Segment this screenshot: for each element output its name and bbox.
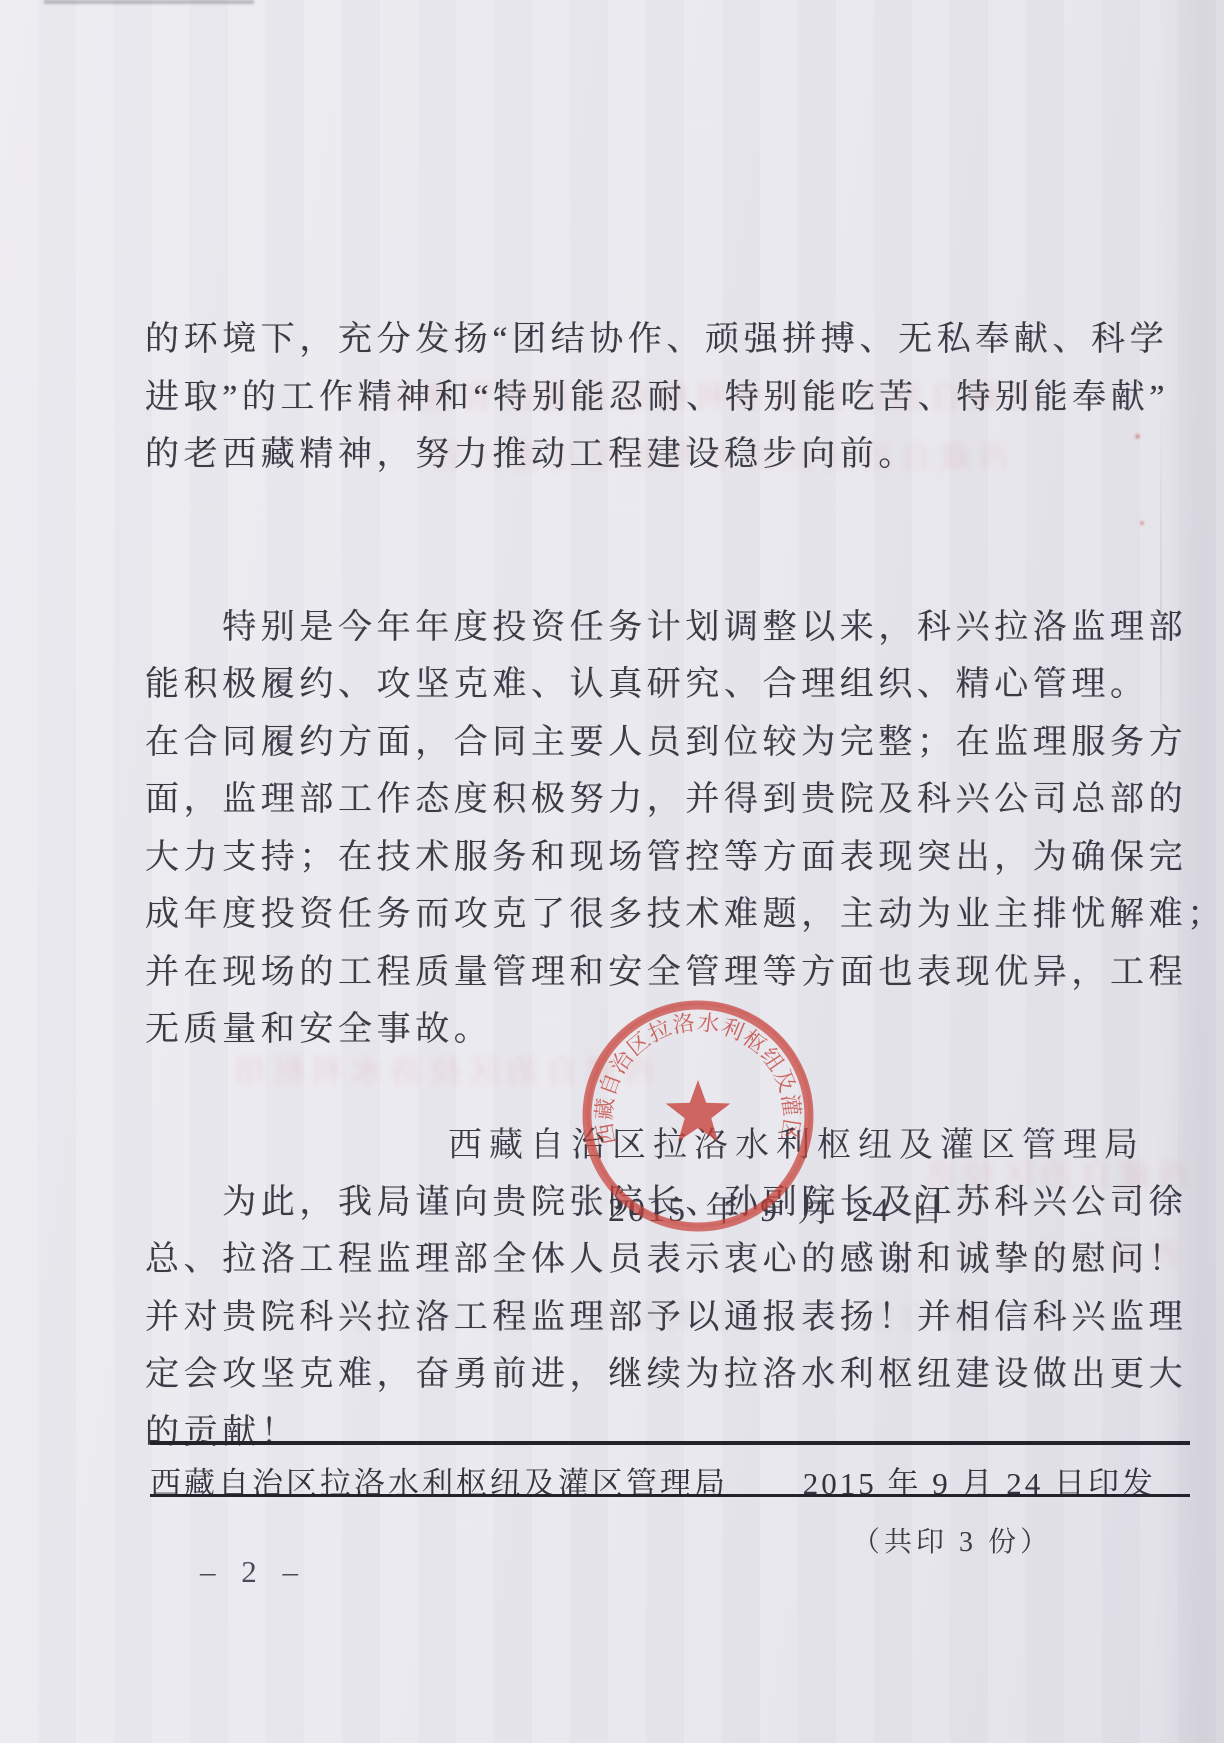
letter-body: 的环境下，充分发扬“团结协作、顽强拼搏、无私奉献、科学 进取”的工作精神和“特别… bbox=[145, 196, 1205, 1576]
body-paragraph-1: 的环境下，充分发扬“团结协作、顽强拼搏、无私奉献、科学 进取”的工作精神和“特别… bbox=[145, 311, 1205, 484]
star-icon bbox=[666, 1080, 731, 1142]
document-page: 西藏自治区拉洛水利枢纽及灌区管理局 西藏自治区拉洛水利枢纽及灌区管理局 西藏自治… bbox=[0, 0, 1224, 1743]
scan-artifact bbox=[44, 0, 254, 4]
footer-rule-top bbox=[150, 1441, 1190, 1445]
footer-rule-bottom bbox=[150, 1494, 1190, 1497]
footer-copies-note: （共印 3 份） bbox=[852, 1520, 1052, 1560]
official-red-seal: 西藏自治区拉洛水利枢纽及灌区管理局 bbox=[568, 986, 828, 1246]
page-number: – 2 – bbox=[200, 1554, 307, 1590]
